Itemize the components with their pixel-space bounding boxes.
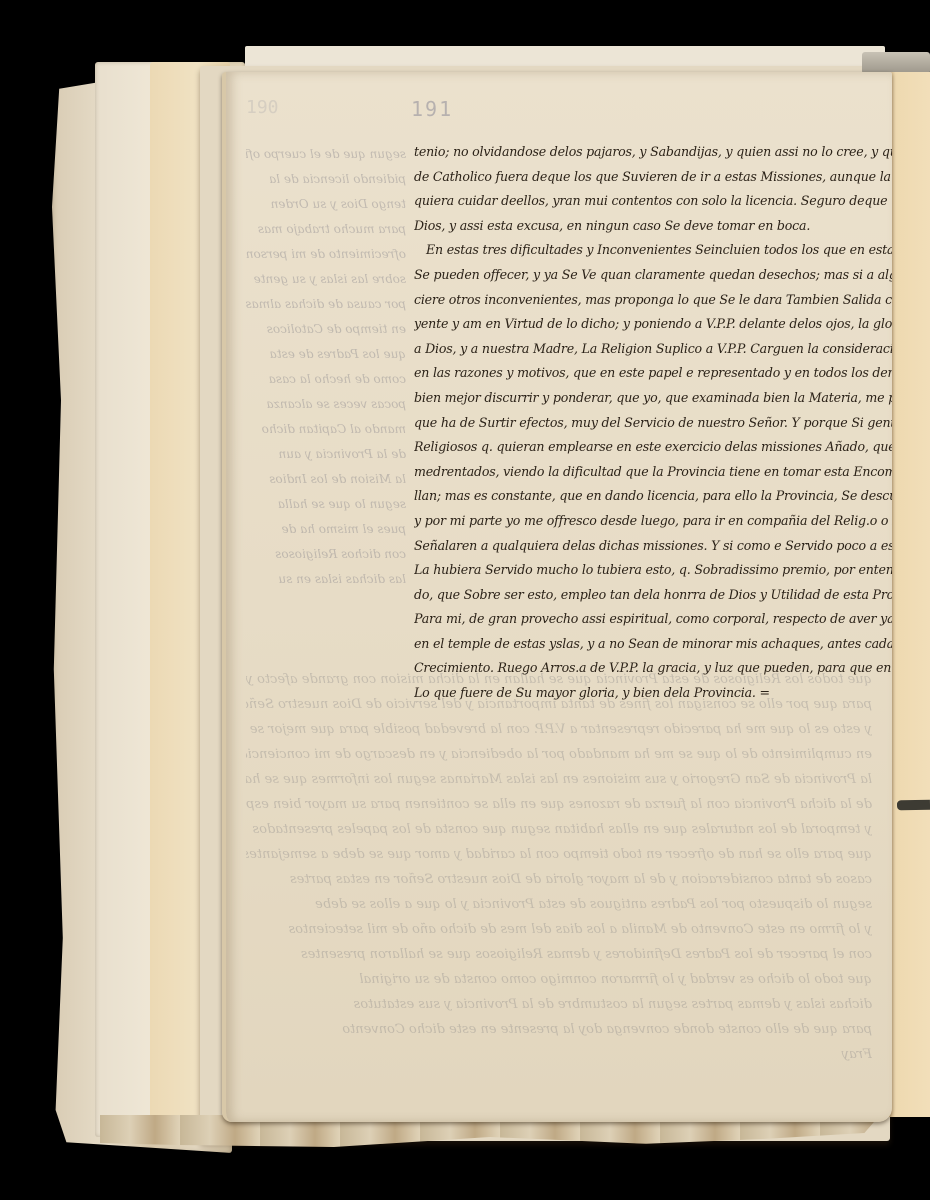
handwritten-text: tenio; no olvidandose delos pajaros, y S…: [414, 140, 892, 706]
bleed-through-line: en cumplimiento de lo que se me ha manda…: [246, 747, 872, 762]
bleed-through-margin: pues el mismo ha de: [246, 522, 406, 536]
bleed-through-margin: por causa de dichas almas: [246, 297, 406, 311]
text-line: de Catholico fuera deque los que Suviere…: [414, 165, 892, 190]
text-line: en las razones y motivos, que en este pa…: [414, 361, 892, 386]
bleed-through-line: Fray: [246, 1047, 872, 1062]
bleed-through-margin: las dichas islas en su: [246, 572, 406, 586]
text-line: Dios, y assi esta excusa, en ningun caso…: [414, 214, 892, 239]
bleed-through-margin: sobre las islas y su gente: [246, 272, 406, 286]
bleed-through-margin: en tiempo de Catolicos: [246, 322, 406, 336]
text-line: Para mi, de gran provecho assi espiritua…: [414, 607, 892, 632]
text-line: quiera cuidar deellos, yran mui contento…: [414, 189, 892, 214]
bookmark-ribbon: [897, 800, 930, 811]
manuscript-page: 190 191 segun que de el cuerpo oficio pi…: [222, 72, 892, 1122]
bleed-through-line: casos de tanta consideracion y de la may…: [246, 872, 872, 887]
bleed-through-margin: segun que de el cuerpo oficio: [246, 147, 406, 161]
bleed-through-line: que todo lo dicho es verdad y lo firmaro…: [246, 972, 872, 987]
right-clip-tab: [862, 52, 930, 74]
bleed-through-line: dichas islas y demas partes segun la cos…: [246, 997, 872, 1012]
bleed-through-margin: ofrecimiento de mi persona: [246, 247, 406, 261]
bleed-through-line: que para ello se han de ofrecer en todo …: [246, 847, 872, 862]
bleed-through-margin: la Mision de los Indios: [246, 472, 406, 486]
text-line: Señalaren a qualquiera delas dichas miss…: [414, 534, 892, 559]
text-line: y por mi parte yo me offresco desde lueg…: [414, 509, 892, 534]
bleed-through-line: y esto es lo que me ha parecido represen…: [246, 722, 872, 737]
bleed-through-line: y temporal de los naturales que en ellas…: [246, 822, 872, 837]
bleed-through-margin: como de hecho la casa: [246, 372, 406, 386]
bleed-through-margin: de la Provincia y aun: [246, 447, 406, 461]
text-line: medrentados, viendo la dificultad que la…: [414, 460, 892, 485]
bleed-through-margin: para mucho trabajo mas: [246, 222, 406, 236]
faded-folio-number: 190: [246, 97, 279, 118]
bleed-through-margin: tengo Dios y su Orden: [246, 197, 406, 211]
folio-number: 191: [411, 97, 453, 121]
bleed-through-margin: con dichos Religiosos: [246, 547, 406, 561]
text-line: a Dios, y a nuestra Madre, La Religion S…: [414, 337, 892, 362]
bleed-through-margin: pocas veces se alcanza: [246, 397, 406, 411]
text-line: bien mejor discurrir y ponderar, que yo,…: [414, 386, 892, 411]
text-line: En estas tres dificultades y Inconvenien…: [414, 238, 892, 263]
text-line: ciere otros inconvenientes, mas proponga…: [414, 288, 892, 313]
text-line: tenio; no olvidandose delos pajaros, y S…: [414, 140, 892, 165]
bleed-through-margin: pidiendo licencia de la: [246, 172, 406, 186]
bleed-through-line: segun lo dispuesto por los Padres antigu…: [246, 897, 872, 912]
text-line: llan; mas es constante, que en dando lic…: [414, 484, 892, 509]
text-line: do, que Sobre ser esto, empleo tan dela …: [414, 583, 892, 608]
text-line: La hubiera Servido mucho lo tubiera esto…: [414, 558, 892, 583]
bleed-through-line: y lo firmo en este Convento de Manila a …: [246, 922, 872, 937]
bleed-through-margin: mando al Capitan dicho: [246, 422, 406, 436]
text-line: Crecimiento. Ruego Arros.a de V.P.P. la …: [414, 656, 892, 681]
text-line: Se pueden offecer, y ya Se Ve quan clara…: [414, 263, 892, 288]
text-line: Lo que fuere de Su mayor gloria, y bien …: [414, 681, 892, 706]
bleed-through-margin: segun lo que se halla: [246, 497, 406, 511]
text-line: que ha de Surtir efectos, muy del Servic…: [414, 411, 892, 436]
bleed-through-line: con el parecer de los Padres Definidores…: [246, 947, 872, 962]
manuscript-photo: 190 191 segun que de el cuerpo oficio pi…: [0, 0, 930, 1200]
bleed-through-line: la Provincia de San Gregorio y sus misio…: [246, 772, 872, 787]
bleed-through-margin: que los Padres de esta: [246, 347, 406, 361]
text-line: en el temple de estas yslas, y a no Sean…: [414, 632, 892, 657]
bleed-through-line: de la dicha Provincia con la fuerza de r…: [246, 797, 872, 812]
text-line: yente y am en Virtud de lo dicho; y poni…: [414, 312, 892, 337]
bleed-through-line: para que de ello conste donde convenga d…: [246, 1022, 872, 1037]
text-line: Religiosos q. quieran emplearse en este …: [414, 435, 892, 460]
